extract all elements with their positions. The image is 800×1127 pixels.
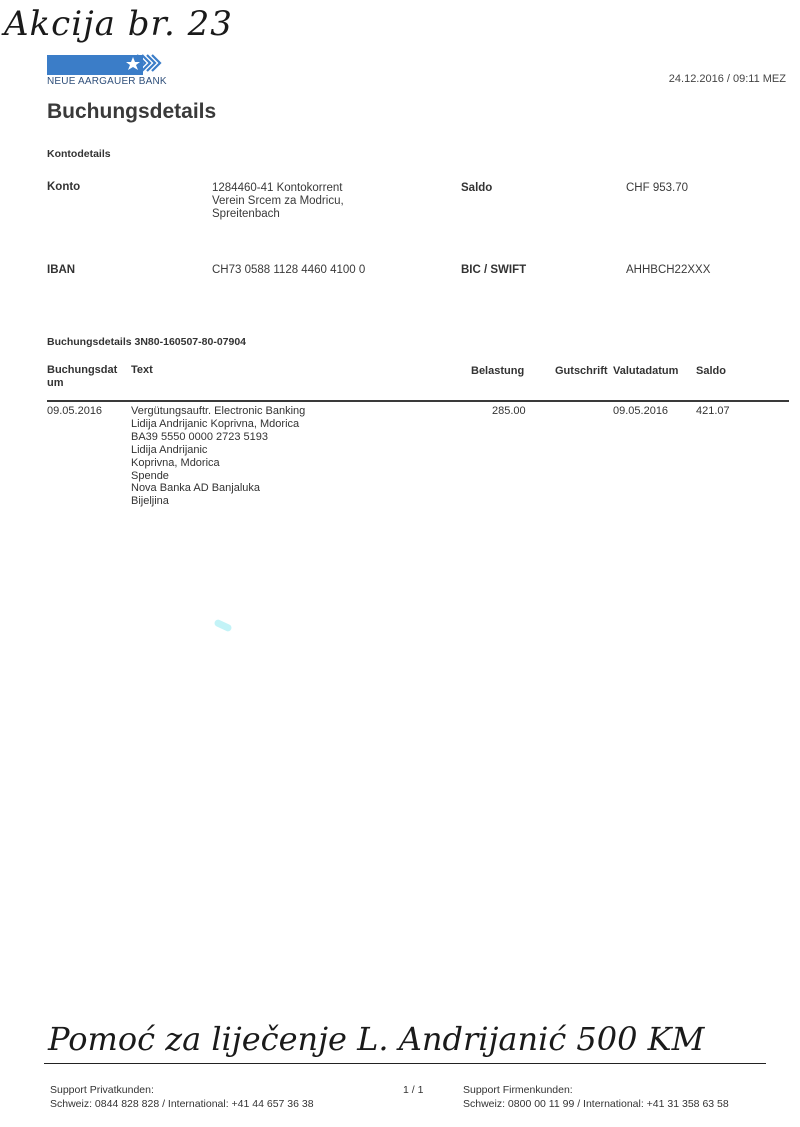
star-stripes-logo-icon [123,53,169,77]
col-saldo: Saldo [696,365,726,378]
bic-value: AHHBCH22XXX [626,264,710,277]
row-text-line: Nova Banka AD Banjaluka [131,482,305,495]
konto-label: Konto [47,181,80,193]
konto-line: Verein Srcem za Modricu, [212,195,344,208]
bank-logo: NEUE AARGAUER BANK [47,55,165,85]
iban-value: CH73 0588 1128 4460 4100 0 [212,264,365,277]
iban-label: IBAN [47,264,75,276]
handwritten-bottom-note: Pomoć za liječenje L. Andrijanić 500 KM [48,1020,704,1058]
col-belastung: Belastung [471,365,524,378]
row-text: Vergütungsauftr. Electronic Banking Lidi… [131,405,305,508]
page-title: Buchungsdetails [47,100,216,124]
row-text-line: BA39 5550 0000 2723 5193 [131,431,305,444]
page-number: 1 / 1 [403,1083,423,1097]
col-text: Text [131,364,153,377]
col-buchungsdatum: Buchungsdat um [47,364,117,390]
scan-smudge [213,619,232,633]
row-valutadatum: 09.05.2016 [613,405,668,418]
konto-line: 1284460-41 Kontokorrent [212,182,344,195]
footer-business-support: Support Firmenkunden: Schweiz: 0800 00 1… [463,1083,729,1111]
konto-value: 1284460-41 Kontokorrent Verein Srcem za … [212,182,344,221]
table-header-divider [47,400,789,402]
row-text-line: Spende [131,470,305,483]
account-section-title: Kontodetails [47,148,111,160]
footer-private-support: Support Privatkunden: Schweiz: 0844 828 … [50,1083,314,1111]
col-buchungsdatum-line2: um [47,377,117,390]
bic-label: BIC / SWIFT [461,264,526,276]
col-buchungsdatum-line1: Buchungsdat [47,364,117,377]
row-belastung: 285.00 [492,405,526,418]
private-support-phones: Schweiz: 0844 828 828 / International: +… [50,1097,314,1111]
booking-section-title: Buchungsdetails 3N80-160507-80-07904 [47,336,246,348]
row-buchungsdatum: 09.05.2016 [47,405,102,418]
row-text-line: Vergütungsauftr. Electronic Banking [131,405,305,418]
row-saldo: 421.07 [696,405,730,418]
row-text-line: Koprivna, Mdorica [131,457,305,470]
private-support-title: Support Privatkunden: [50,1083,314,1097]
saldo-label: Saldo [461,182,492,194]
col-gutschrift: Gutschrift [555,365,608,378]
business-support-title: Support Firmenkunden: [463,1083,729,1097]
saldo-value: CHF 953.70 [626,182,688,195]
konto-line: Spreitenbach [212,208,344,221]
print-datetime: 24.12.2016 / 09:11 MEZ [669,73,786,85]
row-text-line: Lidija Andrijanic [131,444,305,457]
row-text-line: Lidija Andrijanic Koprivna, Mdorica [131,418,305,431]
handwritten-top-note: Akcija br. 23 [4,4,233,44]
handwritten-underline [44,1063,766,1064]
col-valutadatum: Valutadatum [613,365,678,378]
bank-name: NEUE AARGAUER BANK [47,76,167,87]
row-text-line: Bijeljina [131,495,305,508]
business-support-phones: Schweiz: 0800 00 11 99 / International: … [463,1097,729,1111]
